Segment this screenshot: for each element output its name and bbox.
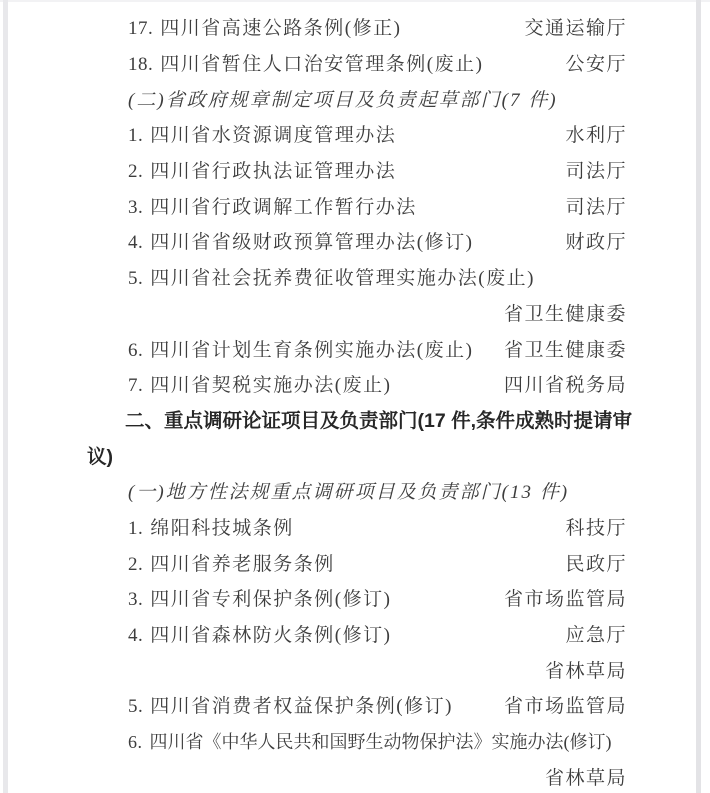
regulation-item-row: 4.四川省森林防火条例(修订)应急厅 (87, 616, 627, 652)
item-text: 17.四川省高速公路条例(修正) (128, 13, 401, 40)
item-number: 6. (128, 340, 143, 361)
page-edge-right (696, 0, 701, 793)
item-title: 四川省行政调解工作暂行办法 (150, 197, 417, 218)
item-text: 4.四川省省级财政预算管理办法(修订) (128, 227, 473, 254)
item-text: 6.四川省计划生育条例实施办法(废止) (128, 335, 473, 362)
regulation-item-row: 2.四川省行政执法证管理办法司法厅 (87, 152, 627, 188)
item-title: 四川省养老服务条例 (150, 554, 335, 575)
item-number: 2. (128, 554, 143, 575)
item-number: 3. (128, 197, 143, 218)
item-text: 6.四川省《中华人民共和国野生动物保护法》实施办法(修订) (128, 728, 612, 754)
regulation-item-row: 6.四川省《中华人民共和国野生动物保护法》实施办法(修订) (87, 723, 627, 759)
item-title: 四川省高速公路条例(修正) (160, 18, 401, 39)
item-title: 四川省社会抚养费征收管理实施办法(废止) (150, 268, 535, 289)
item-title: 四川省消费者权益保护条例(修订) (150, 696, 453, 717)
section-heading-continuation-row: 议) (87, 437, 627, 473)
item-text: 1.绵阳科技城条例 (128, 513, 294, 540)
regulation-item-row: 7.四川省契税实施办法(废止)四川省税务局 (87, 366, 627, 402)
item-text: 5.四川省消费者权益保护条例(修订) (128, 691, 453, 718)
item-number: 17. (128, 18, 153, 39)
item-number: 18. (128, 54, 153, 75)
department-continuation-row: 省卫生健康委 (87, 295, 627, 331)
item-text: 4.四川省森林防火条例(修订) (128, 620, 391, 647)
regulation-item-row: 2.四川省养老服务条例民政厅 (87, 544, 627, 580)
item-department: 水利厅 (565, 120, 627, 147)
item-department: 司法厅 (565, 156, 627, 183)
section-heading-row: 二、重点调研论证项目及负责部门(17 件,条件成熟时提请审 (87, 402, 627, 438)
department-name: 省卫生健康委 (504, 299, 627, 326)
item-title: 四川省契税实施办法(废止) (150, 375, 391, 396)
page-edge-top (0, 0, 710, 2)
item-department: 科技厅 (565, 513, 627, 540)
item-number: 3. (128, 589, 143, 610)
item-title: 四川省行政执法证管理办法 (150, 161, 396, 182)
item-text: 3.四川省专利保护条例(修订) (128, 584, 391, 611)
item-text: 3.四川省行政调解工作暂行办法 (128, 192, 417, 219)
regulation-item-row: 3.四川省专利保护条例(修订)省市场监管局 (87, 580, 627, 616)
section-heading: 议) (87, 441, 113, 469)
item-text: 18.四川省暂住人口治安管理条例(废止) (128, 49, 483, 76)
subsection-heading-row: (一)地方性法规重点调研项目及负责部门(13 件) (87, 473, 627, 509)
item-title: 四川省《中华人民共和国野生动物保护法》实施办法(修订) (150, 732, 612, 752)
document-body: 17.四川省高速公路条例(修正)交通运输厅18.四川省暂住人口治安管理条例(废止… (87, 9, 627, 793)
department-continuation-row: 省林草局 (87, 651, 627, 687)
department-name: 省林草局 (545, 656, 627, 683)
item-department: 省市场监管局 (504, 584, 627, 611)
item-title: 四川省暂住人口治安管理条例(废止) (160, 54, 483, 75)
item-department: 四川省税务局 (504, 370, 627, 397)
page-edge-left (3, 0, 8, 793)
department-name: 省林草局 (545, 763, 627, 790)
regulation-item-row: 1.绵阳科技城条例科技厅 (87, 509, 627, 545)
item-number: 7. (128, 375, 143, 396)
item-number: 2. (128, 161, 143, 182)
item-number: 4. (128, 625, 143, 646)
item-text: 2.四川省行政执法证管理办法 (128, 156, 396, 183)
item-department: 交通运输厅 (524, 13, 627, 40)
subsection-heading: (二)省政府规章制定项目及负责起草部门(7 件) (128, 85, 558, 112)
regulation-item-row: 4.四川省省级财政预算管理办法(修订)财政厅 (87, 223, 627, 259)
item-title: 绵阳科技城条例 (150, 518, 294, 539)
department-continuation-row: 省林草局 (87, 758, 627, 793)
item-number: 5. (128, 268, 143, 289)
item-number: 1. (128, 518, 143, 539)
section-heading: 二、重点调研论证项目及负责部门(17 件,条件成熟时提请审 (125, 405, 632, 433)
item-title: 四川省计划生育条例实施办法(废止) (150, 340, 473, 361)
item-number: 5. (128, 696, 143, 717)
item-title: 四川省省级财政预算管理办法(修订) (150, 232, 473, 253)
item-title: 四川省水资源调度管理办法 (150, 125, 396, 146)
regulation-item-row: 5.四川省社会抚养费征收管理实施办法(废止) (87, 259, 627, 295)
item-department: 省市场监管局 (504, 691, 627, 718)
item-title: 四川省森林防火条例(修订) (150, 625, 391, 646)
regulation-item-row: 1.四川省水资源调度管理办法水利厅 (87, 116, 627, 152)
item-department: 省卫生健康委 (504, 335, 627, 362)
item-department: 财政厅 (565, 227, 627, 254)
regulation-item-row: 17.四川省高速公路条例(修正)交通运输厅 (87, 9, 627, 45)
item-text: 2.四川省养老服务条例 (128, 549, 335, 576)
item-department: 应急厅 (565, 620, 627, 647)
regulation-item-row: 6.四川省计划生育条例实施办法(废止)省卫生健康委 (87, 330, 627, 366)
subsection-heading-row: (二)省政府规章制定项目及负责起草部门(7 件) (87, 80, 627, 116)
item-text: 7.四川省契税实施办法(废止) (128, 370, 391, 397)
item-text: 1.四川省水资源调度管理办法 (128, 120, 396, 147)
item-department: 公安厅 (565, 49, 627, 76)
regulation-item-row: 18.四川省暂住人口治安管理条例(废止)公安厅 (87, 45, 627, 81)
item-number: 4. (128, 232, 143, 253)
item-text: 5.四川省社会抚养费征收管理实施办法(废止) (128, 263, 535, 290)
item-title: 四川省专利保护条例(修订) (150, 589, 391, 610)
item-department: 司法厅 (565, 192, 627, 219)
regulation-item-row: 5.四川省消费者权益保护条例(修订)省市场监管局 (87, 687, 627, 723)
item-number: 6. (128, 732, 143, 752)
item-department: 民政厅 (565, 549, 627, 576)
item-number: 1. (128, 125, 143, 146)
subsection-heading: (一)地方性法规重点调研项目及负责部门(13 件) (128, 477, 569, 504)
regulation-item-row: 3.四川省行政调解工作暂行办法司法厅 (87, 187, 627, 223)
